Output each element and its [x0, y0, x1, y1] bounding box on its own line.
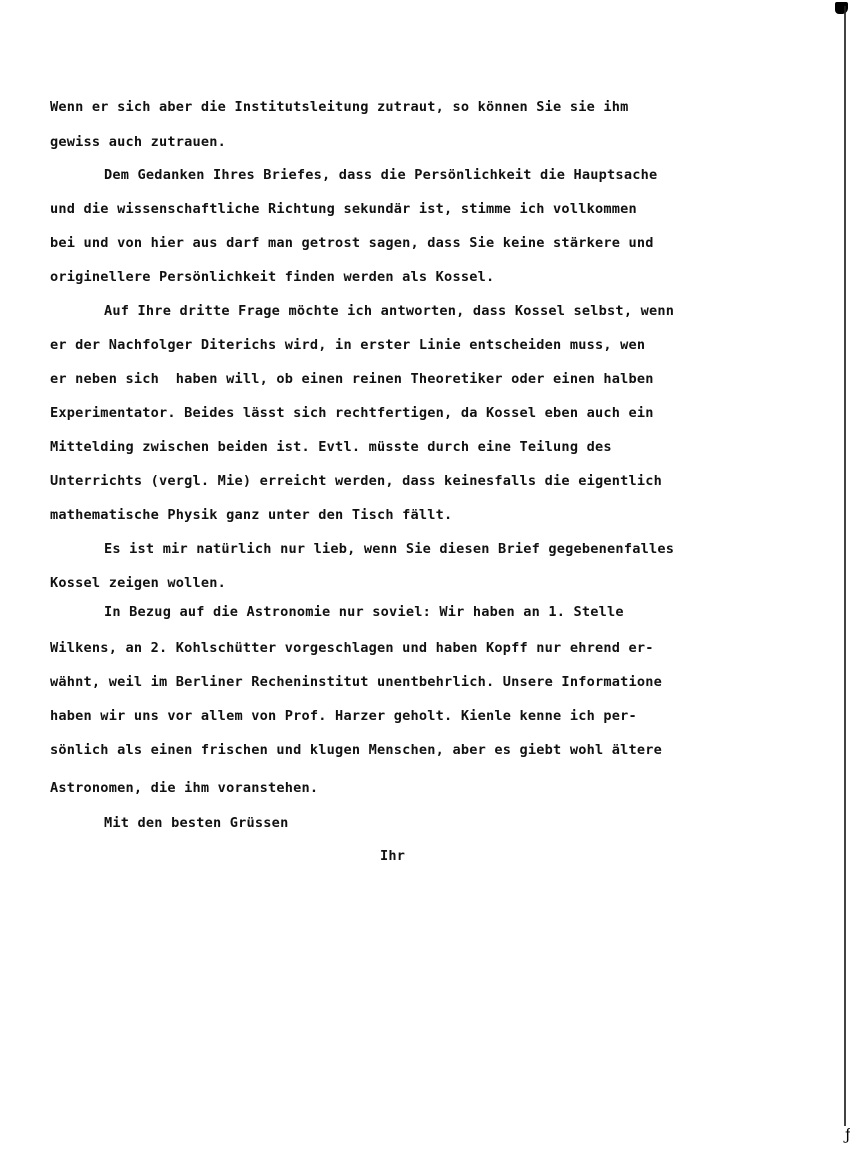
letter-line: In Bezug auf die Astronomie nur soviel: … — [104, 604, 624, 620]
letter-line: Experimentator. Beides lässt sich rechtf… — [50, 405, 654, 421]
scan-edge-blot — [835, 2, 848, 14]
letter-line: er der Nachfolger Diterichs wird, in ers… — [50, 337, 645, 353]
letter-line: er neben sich haben will, ob einen reine… — [50, 371, 654, 387]
letter-line: mathematische Physik ganz unter den Tisc… — [50, 507, 452, 523]
letter-line: Wenn er sich aber die Institutsleitung z… — [50, 99, 629, 115]
letter-line: gewiss auch zutrauen. — [50, 134, 226, 150]
letter-line: wähnt, weil im Berliner Recheninstitut u… — [50, 674, 662, 690]
letter-line: Wilkens, an 2. Kohlschütter vorgeschlage… — [50, 640, 654, 656]
letter-line: Mit den besten Grüssen — [104, 815, 288, 831]
margin-mark: ƒ — [845, 1125, 850, 1144]
letter-line: haben wir uns vor allem von Prof. Harzer… — [50, 708, 637, 724]
letter-line: originellere Persönlichkeit finden werde… — [50, 269, 494, 285]
letter-line: Dem Gedanken Ihres Briefes, dass die Per… — [104, 167, 657, 183]
letter-line: Astronomen, die ihm voranstehen. — [50, 780, 318, 796]
letter-line: Mittelding zwischen beiden ist. Evtl. mü… — [50, 439, 612, 455]
scan-edge-line — [844, 6, 846, 1126]
letter-line: Unterrichts (vergl. Mie) erreicht werden… — [50, 473, 662, 489]
letter-line: Auf Ihre dritte Frage möchte ich antwort… — [104, 303, 674, 319]
letter-closing: Ihr — [380, 848, 405, 864]
letter-line: Es ist mir natürlich nur lieb, wenn Sie … — [104, 541, 674, 557]
letter-line: sönlich als einen frischen und klugen Me… — [50, 742, 662, 758]
letter-line: Kossel zeigen wollen. — [50, 575, 226, 591]
letter-page: Wenn er sich aber die Institutsleitung z… — [0, 0, 850, 1169]
letter-line: bei und von hier aus darf man getrost sa… — [50, 235, 654, 251]
letter-line: und die wissenschaftliche Richtung sekun… — [50, 201, 637, 217]
